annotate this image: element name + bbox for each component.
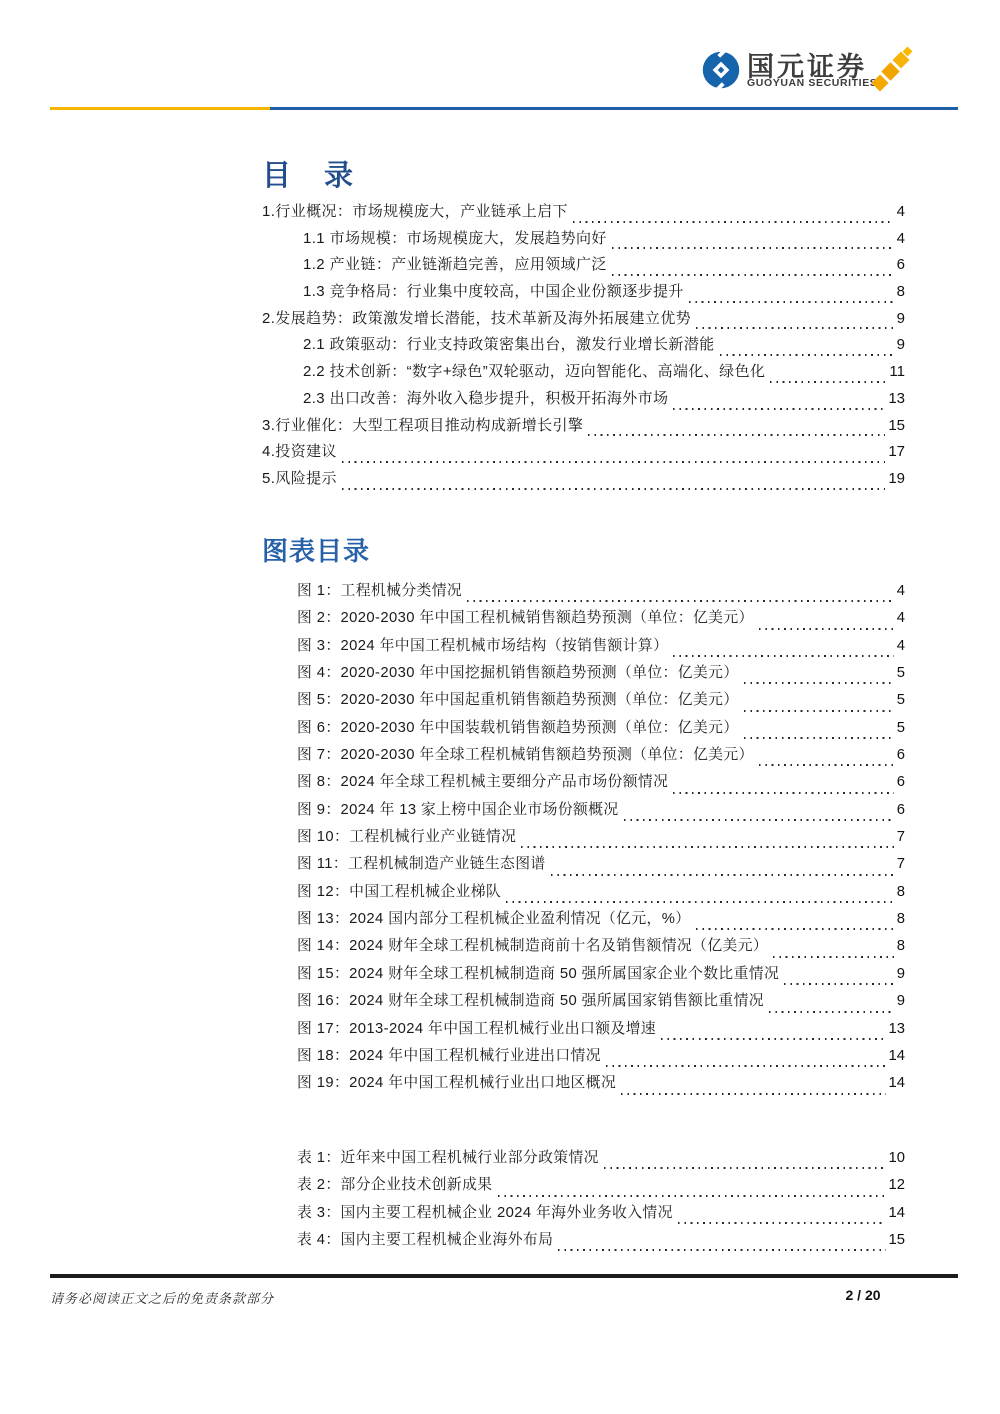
- figure-toc-entry-page: 8: [897, 938, 905, 954]
- toc-entry-page: 11: [889, 363, 905, 380]
- figure-toc-entry-label: 图 16：2024 财年全球工程机械制造商 50 强所属国家销售额比重情况: [297, 989, 764, 1010]
- toc-entry[interactable]: 1.2 产业链：产业链渐趋完善，应用领域广泛6: [262, 253, 905, 280]
- dot-leader: [784, 983, 894, 985]
- toc-entry[interactable]: 2.1 政策驱动：行业支持政策密集出台，激发行业增长新潜能9: [262, 333, 905, 360]
- dot-leader: [744, 682, 894, 684]
- toc-entry-page: 6: [897, 256, 905, 273]
- dot-leader: [744, 710, 894, 712]
- figure-toc-entry[interactable]: 图 4：2020-2030 年中国挖掘机销售额趋势预测（单位：亿美元）5: [297, 661, 905, 688]
- figure-toc-entry-page: 5: [897, 692, 905, 708]
- figure-toc-entry[interactable]: 图 11：工程机械制造产业链生态图谱7: [297, 852, 905, 879]
- toc-entry[interactable]: 2.发展趋势：政策激发增长潜能，技术革新及海外拓展建立优势9: [262, 307, 905, 334]
- toc-entry-page: 17: [888, 443, 905, 460]
- figure-toc-entry-page: 7: [897, 829, 905, 845]
- table-toc-entry-page: 10: [889, 1150, 905, 1166]
- toc-entry[interactable]: 4.投资建议17: [262, 440, 905, 467]
- dot-leader: [696, 327, 894, 329]
- header-divider: [50, 107, 958, 110]
- toc-title: 目 录: [262, 153, 355, 194]
- toc-list: 1.行业概况：市场规模庞大，产业链承上启下41.1 市场规模：市场规模庞大，发展…: [262, 200, 905, 494]
- figure-toc-entry[interactable]: 图 3：2024 年中国工程机械市场结构（按销售额计算）4: [297, 634, 905, 661]
- dot-leader: [661, 1038, 886, 1040]
- figure-toc-entry[interactable]: 图 13：2024 国内部分工程机械企业盈利情况（亿元，%）8: [297, 907, 905, 934]
- toc-entry[interactable]: 5.风险提示19: [262, 467, 905, 494]
- table-toc-entry-label: 表 4：国内主要工程机械企业海外布局: [297, 1228, 553, 1249]
- figure-toc-entry[interactable]: 图 17：2013-2024 年中国工程机械行业出口额及增速13: [297, 1017, 905, 1044]
- figure-toc-entry-page: 4: [897, 610, 905, 626]
- dot-leader: [467, 600, 894, 602]
- figure-toc-entry-page: 9: [897, 966, 905, 982]
- figure-toc-entry-page: 5: [897, 665, 905, 681]
- figure-toc-entry-label: 图 18：2024 年中国工程机械行业进出口情况: [297, 1044, 601, 1065]
- dot-leader: [342, 488, 885, 490]
- figures-toc-title: 图表目录: [262, 531, 370, 568]
- dot-leader: [342, 461, 885, 463]
- table-toc-entry[interactable]: 表 1：近年来中国工程机械行业部分政策情况10: [297, 1146, 905, 1173]
- figure-toc-entry[interactable]: 图 10：工程机械行业产业链情况7: [297, 825, 905, 852]
- figure-toc-entry-label: 图 9：2024 年 13 家上榜中国企业市场份额概况: [297, 798, 619, 819]
- company-logo: 国元证券 GUOYUAN SECURITIES: [695, 43, 917, 105]
- dot-leader: [612, 247, 894, 249]
- figure-toc-entry-page: 5: [897, 720, 905, 736]
- figure-toc-entry-label: 图 5：2020-2030 年中国起重机销售额趋势预测（单位：亿美元）: [297, 688, 739, 709]
- figure-toc-entry-page: 4: [897, 583, 905, 599]
- dot-leader: [696, 928, 894, 930]
- dot-leader: [604, 1167, 886, 1169]
- toc-entry-page: 9: [897, 310, 905, 327]
- table-toc-entry[interactable]: 表 2：部分企业技术创新成果12: [297, 1173, 905, 1200]
- toc-entry[interactable]: 3.行业催化：大型工程项目推动构成新增长引擎15: [262, 414, 905, 441]
- logo-company-name-en: GUOYUAN SECURITIES: [747, 77, 877, 89]
- toc-entry-page: 19: [888, 470, 905, 487]
- dot-leader: [673, 792, 893, 794]
- toc-entry-label: 1.2 产业链：产业链渐趋完善，应用领域广泛: [303, 253, 607, 274]
- toc-entry-label: 2.1 政策驱动：行业支持政策密集出台，激发行业增长新潜能: [303, 333, 715, 354]
- toc-entry-page: 4: [897, 203, 905, 220]
- dot-leader: [624, 819, 894, 821]
- figure-toc-entry[interactable]: 图 9：2024 年 13 家上榜中国企业市场份额概况6: [297, 798, 905, 825]
- dot-leader: [612, 274, 894, 276]
- toc-entry-label: 2.2 技术创新：“数字+绿色”双轮驱动，迈向智能化、高端化、绿色化: [303, 360, 765, 381]
- table-toc-entry-page: 12: [889, 1177, 905, 1193]
- figure-toc-entry-page: 4: [897, 638, 905, 654]
- figure-toc-entry-page: 6: [897, 747, 905, 763]
- figure-toc-entry-page: 8: [897, 884, 905, 900]
- logo-mark-icon: [702, 51, 740, 89]
- dot-leader: [673, 408, 885, 410]
- gold-diamonds-icon: [873, 49, 915, 95]
- toc-entry[interactable]: 1.行业概况：市场规模庞大，产业链承上启下4: [262, 200, 905, 227]
- toc-entry-label: 2.3 出口改善：海外收入稳步提升，积极开拓海外市场: [303, 387, 668, 408]
- figure-toc-entry-label: 图 17：2013-2024 年中国工程机械行业出口额及增速: [297, 1017, 656, 1038]
- dot-leader: [744, 737, 894, 739]
- figure-toc-entry-label: 图 2：2020-2030 年中国工程机械销售额趋势预测（单位：亿美元）: [297, 606, 754, 627]
- figure-toc-entry[interactable]: 图 8：2024 年全球工程机械主要细分产品市场份额情况6: [297, 770, 905, 797]
- dot-leader: [621, 1093, 885, 1095]
- figure-toc-entry-label: 图 8：2024 年全球工程机械主要细分产品市场份额情况: [297, 770, 668, 791]
- toc-entry-page: 15: [888, 417, 905, 434]
- toc-entry-label: 5.风险提示: [262, 467, 337, 488]
- footer-disclaimer: 请务必阅读正文之后的免责条款部分: [50, 1288, 274, 1307]
- table-toc-entry-page: 15: [889, 1232, 905, 1248]
- figure-toc-entry[interactable]: 图 18：2024 年中国工程机械行业进出口情况14: [297, 1044, 905, 1071]
- dot-leader: [770, 381, 886, 383]
- figure-toc-entry[interactable]: 图 19：2024 年中国工程机械行业出口地区概况14: [297, 1071, 905, 1098]
- figure-toc-entry-label: 图 1：工程机械分类情况: [297, 579, 462, 600]
- figure-toc-entry-label: 图 6：2020-2030 年中国装载机销售额趋势预测（单位：亿美元）: [297, 716, 739, 737]
- figure-toc-entry-label: 图 12：中国工程机械企业梯队: [297, 880, 501, 901]
- figure-toc-entry[interactable]: 图 2：2020-2030 年中国工程机械销售额趋势预测（单位：亿美元）4: [297, 606, 905, 633]
- toc-entry[interactable]: 2.3 出口改善：海外收入稳步提升，积极开拓海外市场13: [262, 387, 905, 414]
- dot-leader: [678, 1222, 886, 1224]
- toc-entry[interactable]: 2.2 技术创新：“数字+绿色”双轮驱动，迈向智能化、高端化、绿色化11: [262, 360, 905, 387]
- figure-toc-entry-label: 图 15：2024 财年全球工程机械制造商 50 强所属国家企业个数比重情况: [297, 962, 779, 983]
- figure-toc-entry[interactable]: 图 7：2020-2030 年全球工程机械销售额趋势预测（单位：亿美元）6: [297, 743, 905, 770]
- dot-leader: [720, 354, 894, 356]
- dot-leader: [689, 301, 894, 303]
- toc-entry-label: 3.行业催化：大型工程项目推动构成新增长引擎: [262, 414, 583, 435]
- figure-toc-entry-page: 14: [889, 1048, 905, 1064]
- figure-toc-entry-page: 13: [889, 1021, 905, 1037]
- dot-leader: [521, 846, 893, 848]
- toc-entry-label: 4.投资建议: [262, 440, 337, 461]
- figure-toc-entry-label: 图 11：工程机械制造产业链生态图谱: [297, 852, 546, 873]
- dot-leader: [498, 1195, 886, 1197]
- toc-entry-page: 9: [897, 336, 905, 353]
- header-divider-blue: [270, 107, 958, 110]
- dot-leader: [773, 956, 894, 958]
- table-toc-entry-page: 14: [889, 1205, 905, 1221]
- figure-toc-entry-page: 14: [889, 1075, 905, 1091]
- figure-toc-entry[interactable]: 图 6：2020-2030 年中国装载机销售额趋势预测（单位：亿美元）5: [297, 716, 905, 743]
- dot-leader: [769, 1011, 894, 1013]
- dot-leader: [573, 221, 894, 223]
- table-toc-entry-label: 表 1：近年来中国工程机械行业部分政策情况: [297, 1146, 599, 1167]
- dot-leader: [606, 1065, 886, 1067]
- toc-entry-label: 1.1 市场规模：市场规模庞大，发展趋势向好: [303, 227, 607, 248]
- toc-entry[interactable]: 1.3 竞争格局：行业集中度较高，中国企业份额逐步提升8: [262, 280, 905, 307]
- footer-divider: [50, 1274, 958, 1278]
- toc-entry-page: 13: [888, 390, 905, 407]
- table-toc-entry-label: 表 3：国内主要工程机械企业 2024 年海外业务收入情况: [297, 1201, 673, 1222]
- figure-toc-entry[interactable]: 图 16：2024 财年全球工程机械制造商 50 强所属国家销售额比重情况9: [297, 989, 905, 1016]
- toc-entry-label: 1.行业概况：市场规模庞大，产业链承上启下: [262, 200, 568, 221]
- dot-leader: [673, 655, 893, 657]
- figure-toc-entry[interactable]: 图 5：2020-2030 年中国起重机销售额趋势预测（单位：亿美元）5: [297, 688, 905, 715]
- dot-leader: [506, 901, 894, 903]
- figure-toc-entry-label: 图 3：2024 年中国工程机械市场结构（按销售额计算）: [297, 634, 668, 655]
- figure-toc-entry-label: 图 14：2024 财年全球工程机械制造商前十名及销售额情况（亿美元）: [297, 934, 768, 955]
- figure-toc-entry-page: 8: [897, 911, 905, 927]
- figure-toc-entry[interactable]: 图 15：2024 财年全球工程机械制造商 50 强所属国家企业个数比重情况9: [297, 962, 905, 989]
- figure-toc-entry-label: 图 10：工程机械行业产业链情况: [297, 825, 516, 846]
- toc-entry[interactable]: 1.1 市场规模：市场规模庞大，发展趋势向好4: [262, 227, 905, 254]
- figure-toc-entry-label: 图 4：2020-2030 年中国挖掘机销售额趋势预测（单位：亿美元）: [297, 661, 739, 682]
- toc-entry-label: 1.3 竞争格局：行业集中度较高，中国企业份额逐步提升: [303, 280, 684, 301]
- dot-leader: [759, 764, 894, 766]
- figure-list: 图 1：工程机械分类情况4图 2：2020-2030 年中国工程机械销售额趋势预…: [297, 579, 905, 1099]
- toc-entry-page: 4: [897, 230, 905, 247]
- page-number: 2 / 20: [828, 1287, 898, 1303]
- figure-toc-entry[interactable]: 图 14：2024 财年全球工程机械制造商前十名及销售额情况（亿美元）8: [297, 934, 905, 961]
- header-divider-yellow: [50, 107, 270, 110]
- table-list: 表 1：近年来中国工程机械行业部分政策情况10表 2：部分企业技术创新成果12表…: [297, 1146, 905, 1255]
- figure-toc-entry-page: 6: [897, 802, 905, 818]
- figure-toc-entry-page: 6: [897, 774, 905, 790]
- figure-toc-entry-label: 图 19：2024 年中国工程机械行业出口地区概况: [297, 1071, 616, 1092]
- figure-toc-entry-label: 图 13：2024 国内部分工程机械企业盈利情况（亿元，%）: [297, 907, 691, 928]
- figure-toc-entry[interactable]: 图 12：中国工程机械企业梯队8: [297, 880, 905, 907]
- toc-entry-page: 8: [897, 283, 905, 300]
- toc-entry-label: 2.发展趋势：政策激发增长潜能，技术革新及海外拓展建立优势: [262, 307, 691, 328]
- dot-leader: [588, 434, 885, 436]
- figure-toc-entry-page: 9: [897, 993, 905, 1009]
- table-toc-entry[interactable]: 表 3：国内主要工程机械企业 2024 年海外业务收入情况14: [297, 1201, 905, 1228]
- figure-toc-entry-page: 7: [897, 856, 905, 872]
- dot-leader: [551, 874, 894, 876]
- table-toc-entry[interactable]: 表 4：国内主要工程机械企业海外布局15: [297, 1228, 905, 1255]
- dot-leader: [759, 628, 894, 630]
- dot-leader: [558, 1249, 885, 1251]
- figure-toc-entry[interactable]: 图 1：工程机械分类情况4: [297, 579, 905, 606]
- table-toc-entry-label: 表 2：部分企业技术创新成果: [297, 1173, 493, 1194]
- figure-toc-entry-label: 图 7：2020-2030 年全球工程机械销售额趋势预测（单位：亿美元）: [297, 743, 754, 764]
